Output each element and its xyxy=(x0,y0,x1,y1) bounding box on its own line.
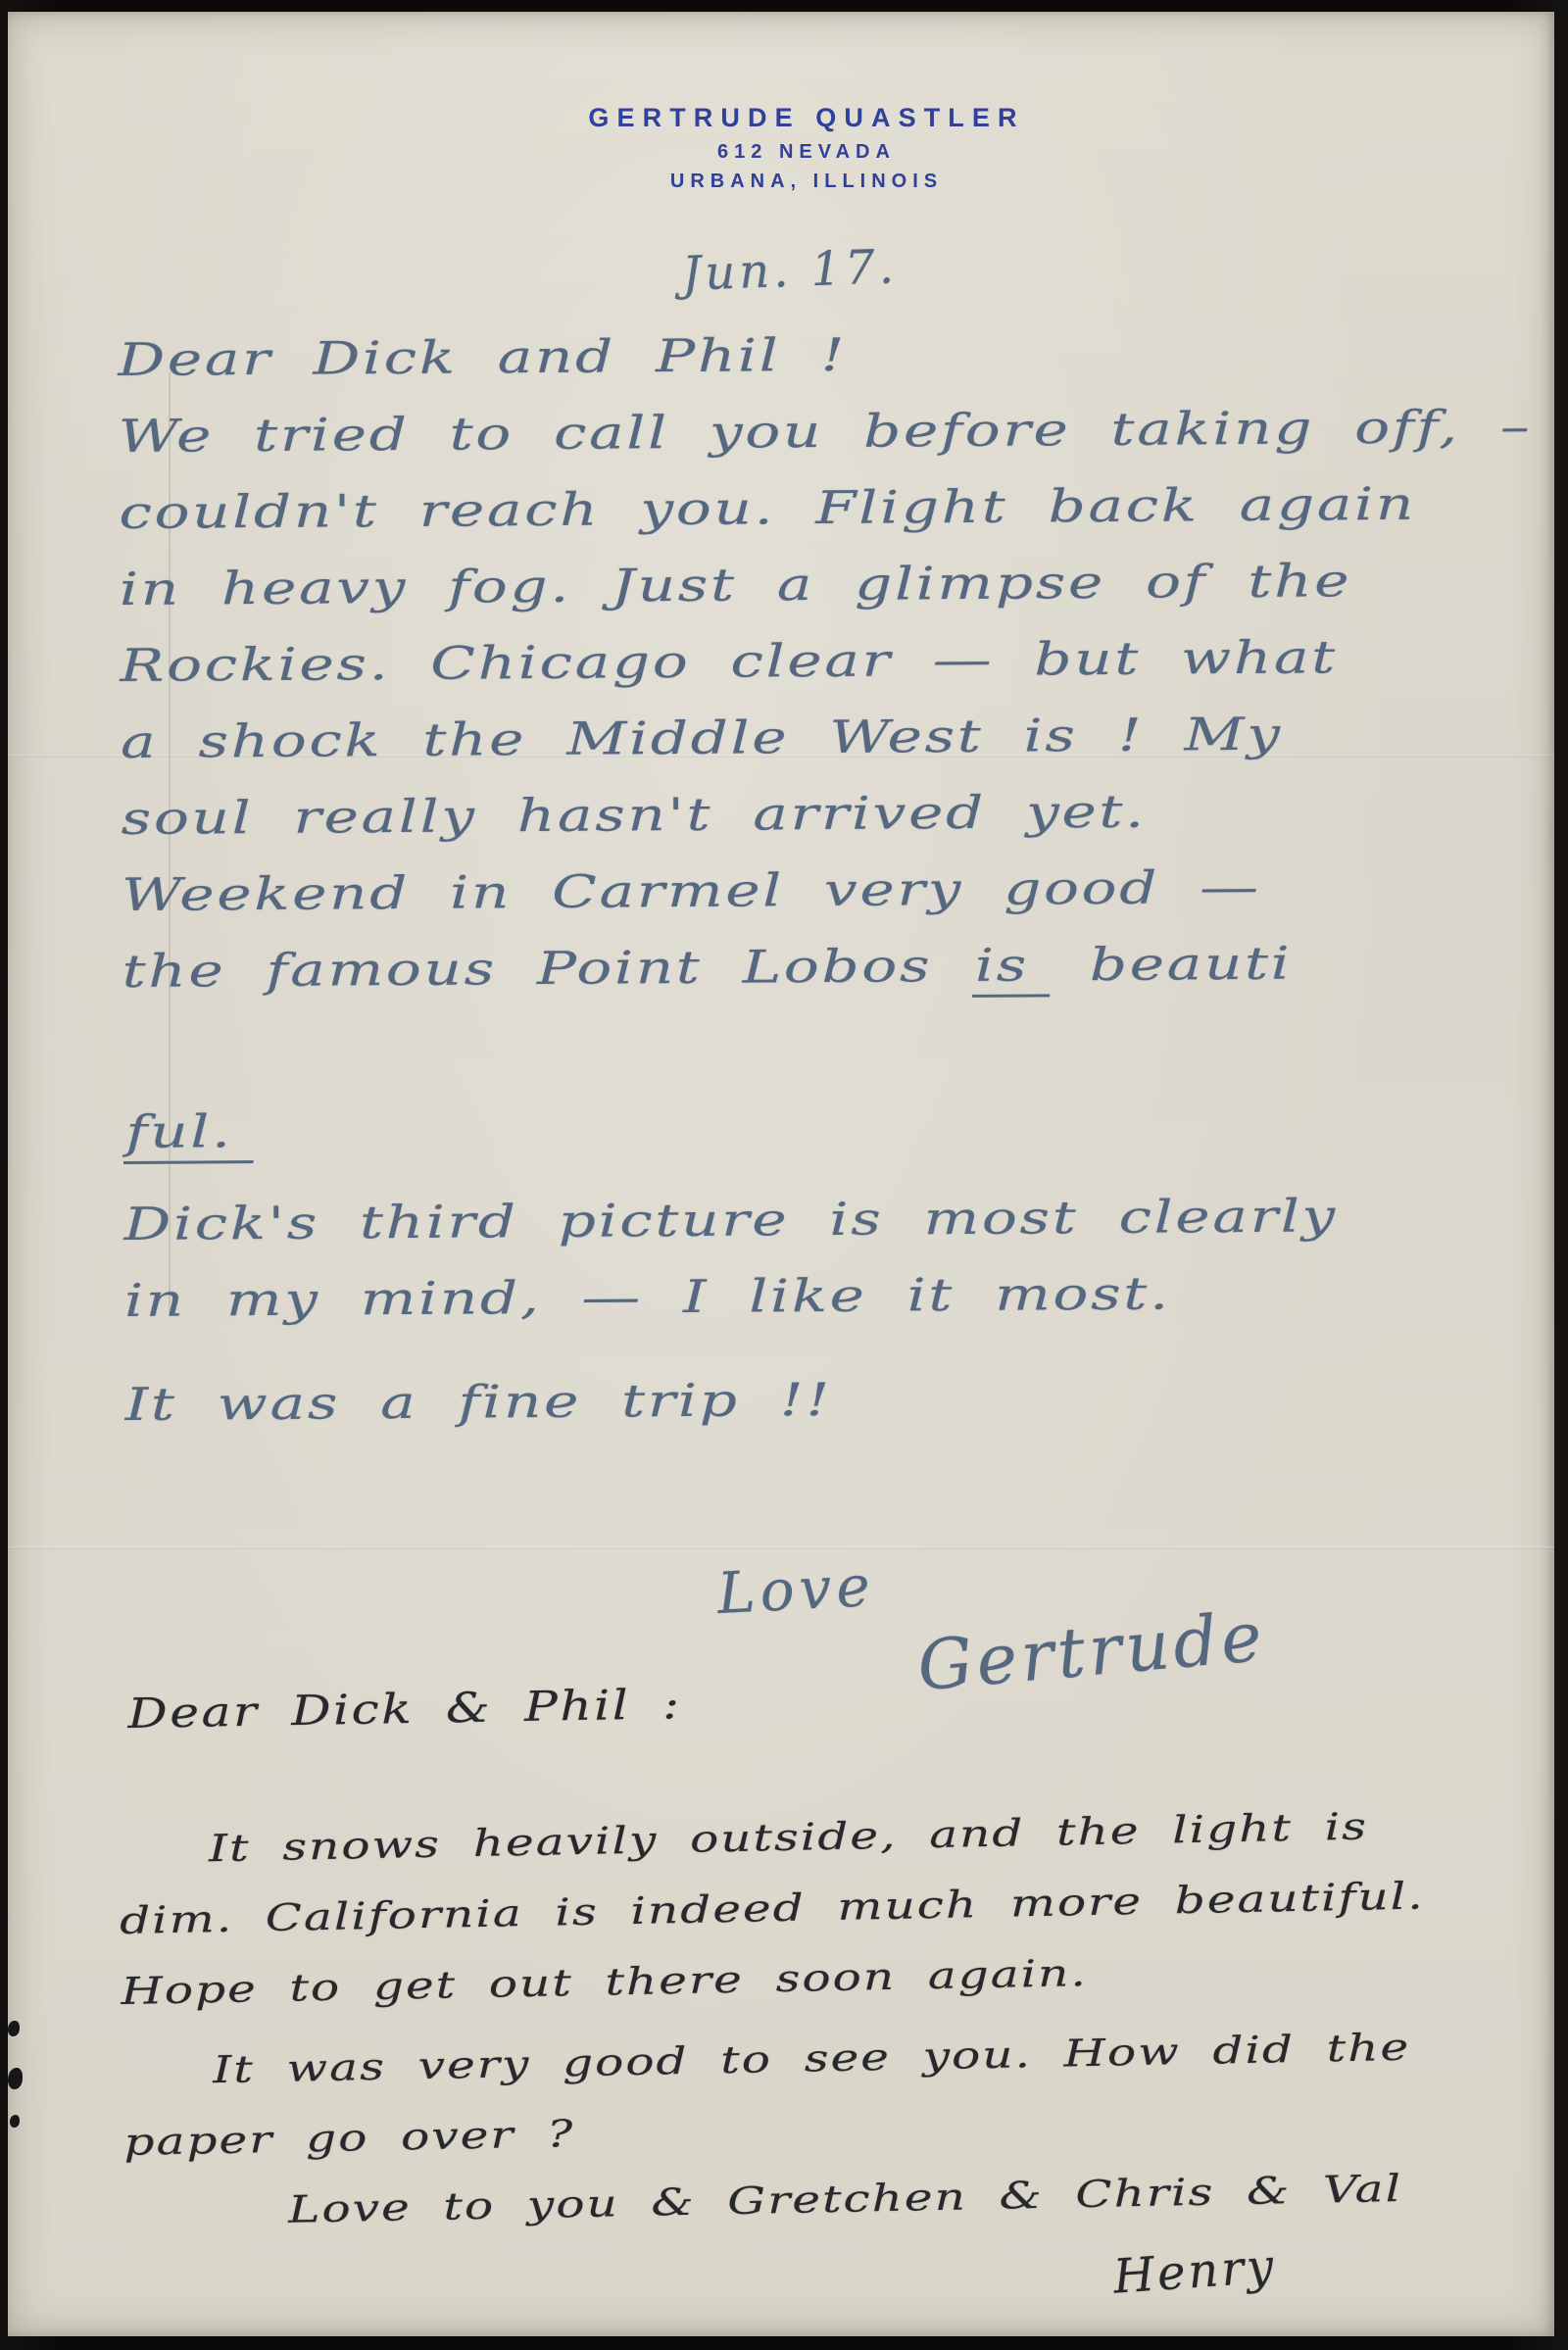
body-text: the famous Point Lobos xyxy=(122,939,972,998)
body-line: Weekend in Carmel very good — xyxy=(122,847,1549,933)
body-line: soul really hasn't arrived yet. xyxy=(121,770,1548,857)
letterhead-name: GERTRUDE QUASTLER xyxy=(33,98,1568,137)
body-line: Rockies. Chicago clear — but what xyxy=(120,617,1547,704)
body-line: It was a fine trip !! xyxy=(124,1356,1552,1443)
letterhead-street: 612 NEVADA xyxy=(33,137,1568,167)
body-line: in my mind, — I like it most. xyxy=(124,1252,1552,1339)
ink-blot xyxy=(8,2021,20,2036)
body-text: beauti xyxy=(1049,937,1292,992)
underlined-word: ful. xyxy=(123,1104,254,1164)
letterhead-city: URBANA, ILLINOIS xyxy=(33,167,1568,196)
gertrude-note-body: Dear Dick and Phil ! We tried to call yo… xyxy=(118,312,1552,1443)
body-line: a shock the Middle West is ! My xyxy=(121,694,1548,780)
body-line: the famous Point Lobos is beauti xyxy=(122,923,1549,1009)
fold-crease-horizontal xyxy=(8,1546,1554,1549)
gertrude-signature: Gertrude xyxy=(914,1596,1269,1707)
scan-background: GERTRUDE QUASTLER 612 NEVADA URBANA, ILL… xyxy=(0,0,1568,2350)
body-line: in heavy fog. Just a glimpse of the xyxy=(120,541,1547,627)
henry-note-body: It snows heavily outside, and the light … xyxy=(118,1787,1555,2248)
henry-signature: Henry xyxy=(1111,2238,1278,2304)
ink-blot xyxy=(8,2068,23,2089)
underlined-word: is xyxy=(972,938,1050,998)
closing-word: Love xyxy=(715,1552,876,1627)
body-line: ful. xyxy=(123,1084,1551,1170)
henry-salutation: Dear Dick & Phil : xyxy=(127,1680,682,1738)
letterhead: GERTRUDE QUASTLER 612 NEVADA URBANA, ILL… xyxy=(33,98,1568,196)
salutation-line: Dear Dick and Phil ! xyxy=(118,312,1545,398)
letter-page: GERTRUDE QUASTLER 612 NEVADA URBANA, ILL… xyxy=(8,12,1554,2336)
body-line: We tried to call you before taking off, … xyxy=(119,388,1546,474)
body-line: couldn't reach you. Flight back again xyxy=(119,465,1546,551)
body-line: Dick's third picture is most clearly xyxy=(123,1176,1551,1262)
ink-blot xyxy=(10,2115,20,2128)
letter-date: Jun. 17. xyxy=(681,239,899,302)
